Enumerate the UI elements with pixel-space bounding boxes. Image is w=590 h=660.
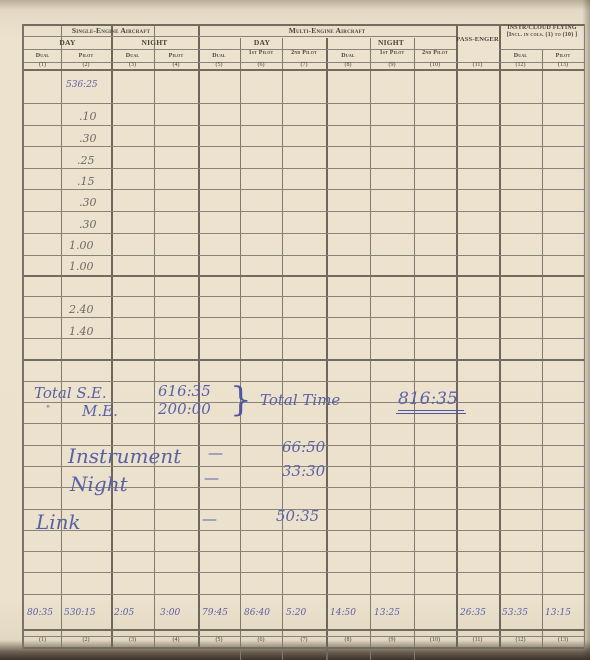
instrument-value: 66:50 bbox=[282, 438, 325, 456]
column-number: (6) bbox=[240, 637, 282, 643]
header-pilot: Pilot bbox=[61, 53, 111, 60]
col-divider bbox=[154, 24, 155, 649]
column-number: (1) bbox=[24, 62, 61, 68]
row-divider bbox=[499, 49, 584, 50]
col-divider bbox=[282, 38, 283, 660]
flight-time-entry: .10 bbox=[79, 110, 97, 123]
col-divider bbox=[370, 38, 371, 660]
column-number: (7) bbox=[282, 637, 326, 643]
header-single-engine: Single-Engine Aircraft bbox=[24, 27, 198, 34]
total-time-underline bbox=[396, 413, 466, 414]
header-first-pilot: 1st Pilot bbox=[370, 50, 414, 57]
header-dual: Dual bbox=[326, 53, 370, 60]
column-number: (5) bbox=[198, 62, 240, 68]
column-number: (8) bbox=[326, 62, 370, 68]
col-divider bbox=[414, 38, 415, 660]
total-col-2: 530:15 bbox=[64, 608, 96, 618]
flight-time-entry: .25 bbox=[77, 154, 95, 167]
instrument-label: Instrument bbox=[68, 444, 181, 468]
total-time-underline bbox=[398, 410, 464, 411]
header-me-day: DAY bbox=[198, 39, 326, 46]
header-se-day: DAY bbox=[24, 39, 111, 46]
header-second-pilot: 2nd Pilot bbox=[414, 50, 456, 57]
col-divider bbox=[542, 49, 543, 649]
column-number: (5) bbox=[198, 637, 240, 643]
link-dash: — bbox=[202, 510, 217, 528]
total-se-value: 616:35 bbox=[158, 382, 211, 400]
header-pilot: Pilot bbox=[542, 53, 584, 60]
column-number: (4) bbox=[154, 637, 198, 643]
total-time-label: Total Time bbox=[260, 391, 340, 409]
column-number: (1) bbox=[24, 637, 61, 643]
header-passenger: PASS-ENGER bbox=[456, 36, 499, 43]
column-number: (13) bbox=[542, 62, 584, 68]
logbook-grid: Single-Engine Aircraft Multi-Engine Airc… bbox=[22, 24, 585, 649]
total-col-13: 13:15 bbox=[545, 608, 571, 618]
total-col-11: 26:35 bbox=[460, 608, 486, 618]
logbook-page: Single-Engine Aircraft Multi-Engine Airc… bbox=[0, 0, 590, 660]
night-value: 33:30 bbox=[282, 462, 325, 480]
ditto-mark: " bbox=[46, 405, 50, 415]
header-dual: Dual bbox=[111, 53, 154, 60]
link-label: Link bbox=[36, 510, 81, 534]
column-number: (12) bbox=[499, 637, 542, 643]
flight-time-entry: .30 bbox=[79, 196, 97, 209]
header-se-night: NIGHT bbox=[111, 39, 198, 46]
brace-mark: } bbox=[230, 383, 252, 417]
total-col-4: 3:00 bbox=[160, 608, 180, 618]
col-divider bbox=[61, 24, 62, 649]
flight-time-entry: 1.40 bbox=[69, 325, 94, 338]
header-second-pilot: 2nd Pilot bbox=[282, 50, 326, 57]
column-number: (10) bbox=[414, 637, 456, 643]
column-number: (4) bbox=[154, 62, 198, 68]
col-divider bbox=[111, 24, 113, 649]
column-number: (13) bbox=[542, 637, 584, 643]
total-col-6: 86:40 bbox=[244, 608, 270, 618]
column-number: (12) bbox=[499, 62, 542, 68]
header-first-pilot: 1st Pilot bbox=[240, 50, 282, 57]
header-multi-engine: Multi-Engine Aircraft bbox=[198, 27, 456, 34]
col-divider bbox=[456, 24, 458, 649]
flight-time-entry: 1.00 bbox=[69, 239, 94, 252]
total-col-7: 5:20 bbox=[286, 608, 306, 618]
flight-time-entry: 2.40 bbox=[69, 303, 94, 316]
column-number: (7) bbox=[282, 62, 326, 68]
night-label: Night bbox=[70, 472, 128, 496]
total-col-12: 53:35 bbox=[502, 608, 528, 618]
flight-time-entry: .30 bbox=[79, 218, 97, 231]
brought-forward-entry: 536:25 bbox=[66, 80, 98, 90]
column-number: (11) bbox=[456, 637, 499, 643]
column-number: (9) bbox=[370, 637, 414, 643]
total-col-5: 79:45 bbox=[202, 608, 228, 618]
column-number: (2) bbox=[61, 62, 111, 68]
row-divider bbox=[24, 36, 456, 37]
header-dual: Dual bbox=[499, 53, 542, 60]
header-dual: Dual bbox=[198, 53, 240, 60]
instrument-dash: — bbox=[208, 444, 223, 462]
total-me-label: M.E. bbox=[82, 402, 118, 420]
column-number: (11) bbox=[456, 62, 499, 68]
total-col-1: 80:35 bbox=[27, 608, 53, 618]
total-col-3: 2:05 bbox=[114, 608, 134, 618]
col-divider bbox=[326, 38, 328, 660]
total-time-value: 816:35 bbox=[398, 389, 458, 409]
column-number: (2) bbox=[61, 637, 111, 643]
col-divider bbox=[499, 24, 501, 649]
link-value: 50:35 bbox=[276, 507, 319, 525]
header-instr-cloud: INSTR/CLOUD FLYING [Incl. in cols. (1) t… bbox=[500, 25, 584, 39]
header-dual: Dual bbox=[24, 53, 61, 60]
column-number: (9) bbox=[370, 62, 414, 68]
row-divider bbox=[24, 69, 584, 71]
column-number: (10) bbox=[414, 62, 456, 68]
column-number: (8) bbox=[326, 637, 370, 643]
header-me-night: NIGHT bbox=[326, 39, 456, 46]
total-se-label: Total S.E. bbox=[34, 384, 107, 402]
total-me-value: 200:00 bbox=[158, 400, 211, 418]
total-col-8: 14:50 bbox=[330, 608, 356, 618]
header-pilot: Pilot bbox=[154, 53, 198, 60]
flight-time-entry: .30 bbox=[79, 132, 97, 145]
total-col-9: 13:25 bbox=[374, 608, 400, 618]
col-divider bbox=[198, 24, 200, 649]
flight-time-entry: .15 bbox=[77, 175, 95, 188]
column-number: (3) bbox=[111, 62, 154, 68]
night-dash: — bbox=[204, 469, 219, 487]
column-number: (3) bbox=[111, 637, 154, 643]
col-divider bbox=[240, 38, 241, 660]
flight-time-entry: 1.00 bbox=[69, 260, 94, 273]
column-number: (6) bbox=[240, 62, 282, 68]
